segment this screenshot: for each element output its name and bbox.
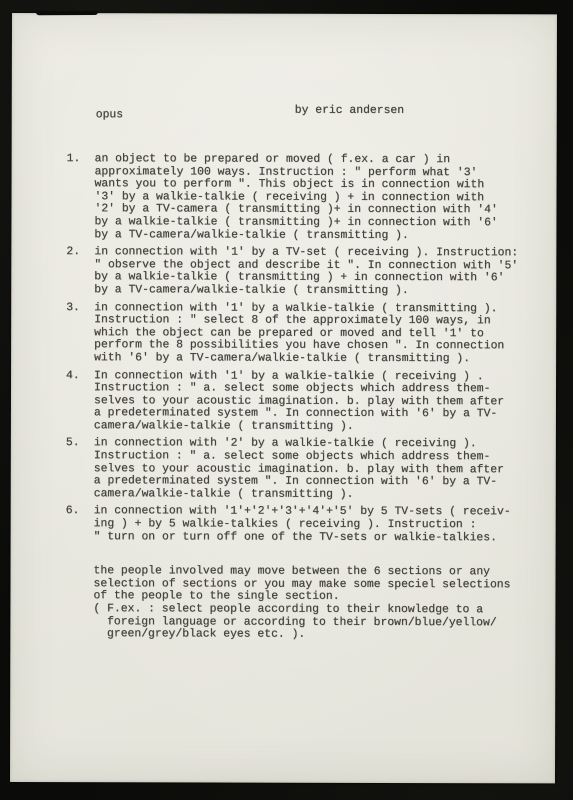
item-number: 2. (66, 246, 94, 259)
item-text: in connection with '1' by a TV-set ( rec… (94, 246, 544, 298)
item-text: in connection with '2' by a walkie-talki… (94, 438, 544, 502)
list-item: 6. in connection with '1'+'2'+'3'+'4'+'5… (66, 506, 544, 545)
list-item: 4. In connection with '1' by a walkie-ta… (66, 370, 544, 434)
document-byline: by eric andersen (295, 105, 404, 118)
item-text: an object to be prepared or moved ( f.ex… (94, 153, 544, 242)
document-header: opus by eric andersen (96, 104, 536, 119)
list-item: 1. an object to be prepared or moved ( f… (66, 153, 544, 242)
item-number: 6. (66, 506, 94, 519)
closing-note: the people involved may move between the… (93, 565, 543, 642)
document-page: opus by eric andersen 1. an object to be… (10, 13, 557, 783)
paper-edge-notch (36, 11, 98, 15)
item-number: 5. (66, 438, 94, 451)
item-text: in connection with '1'+'2'+'3'+'4'+'5' b… (94, 506, 544, 545)
item-number: 4. (66, 370, 94, 383)
item-text: in connection with '1' by a walkie-talki… (94, 302, 544, 366)
list-item: 5. in connection with '2' by a walkie-ta… (66, 438, 544, 502)
list-item: 3. in connection with '1' by a walkie-ta… (66, 302, 544, 366)
item-number: 1. (67, 153, 95, 166)
item-text: In connection with '1' by a walkie-talki… (94, 370, 544, 434)
list-item: 2. in connection with '1' by a TV-set ( … (66, 246, 544, 298)
instruction-list: 1. an object to be prepared or moved ( f… (65, 153, 544, 642)
document-title: opus (96, 109, 123, 121)
item-number: 3. (66, 302, 94, 315)
